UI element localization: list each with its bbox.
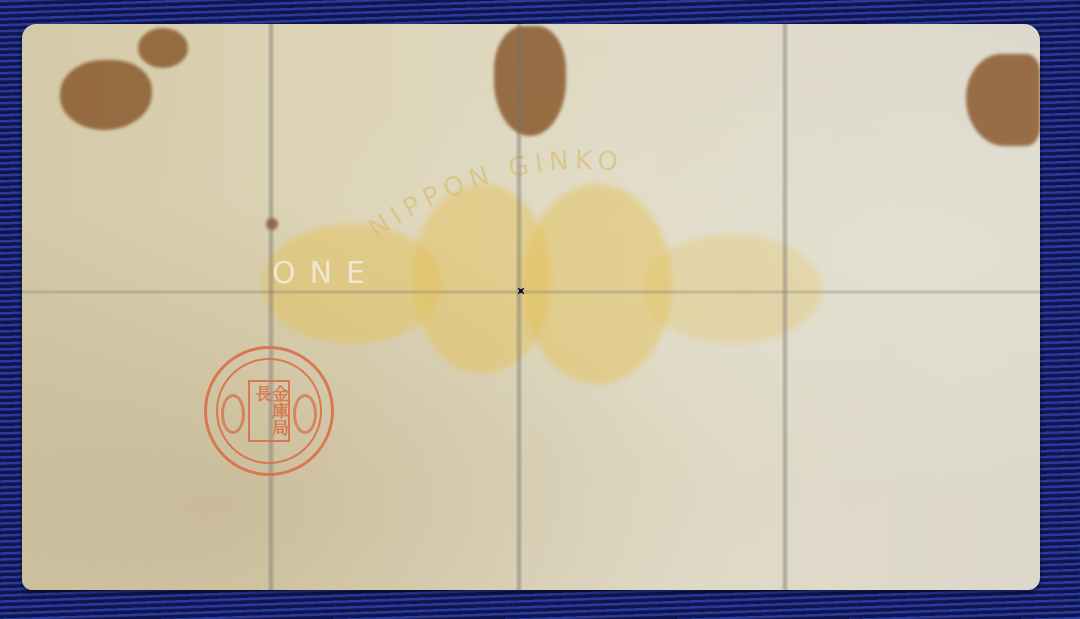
- fold-line: [782, 24, 788, 590]
- arc-legend: NIPPON GINKO: [322, 94, 842, 294]
- fold-line: [516, 24, 522, 590]
- seal-ornament: [293, 394, 317, 434]
- stain-top-center: [494, 26, 566, 136]
- stain-top-right: [966, 54, 1040, 146]
- stain-top-left-small: [138, 28, 188, 68]
- red-seal: 金庫局長: [204, 346, 334, 476]
- banknote: NIPPON GINKO ONE 金庫局長: [22, 24, 1040, 590]
- fold-line: [268, 24, 274, 590]
- stain-top-left: [60, 60, 152, 130]
- arc-legend-text: NIPPON GINKO: [364, 146, 626, 245]
- svg-text:NIPPON GINKO: NIPPON GINKO: [364, 146, 626, 245]
- denomination-word: ONE: [272, 256, 379, 291]
- seal-ornament: [221, 394, 245, 434]
- fold-line: [22, 290, 1040, 294]
- seal-characters: 金庫局長: [248, 380, 290, 442]
